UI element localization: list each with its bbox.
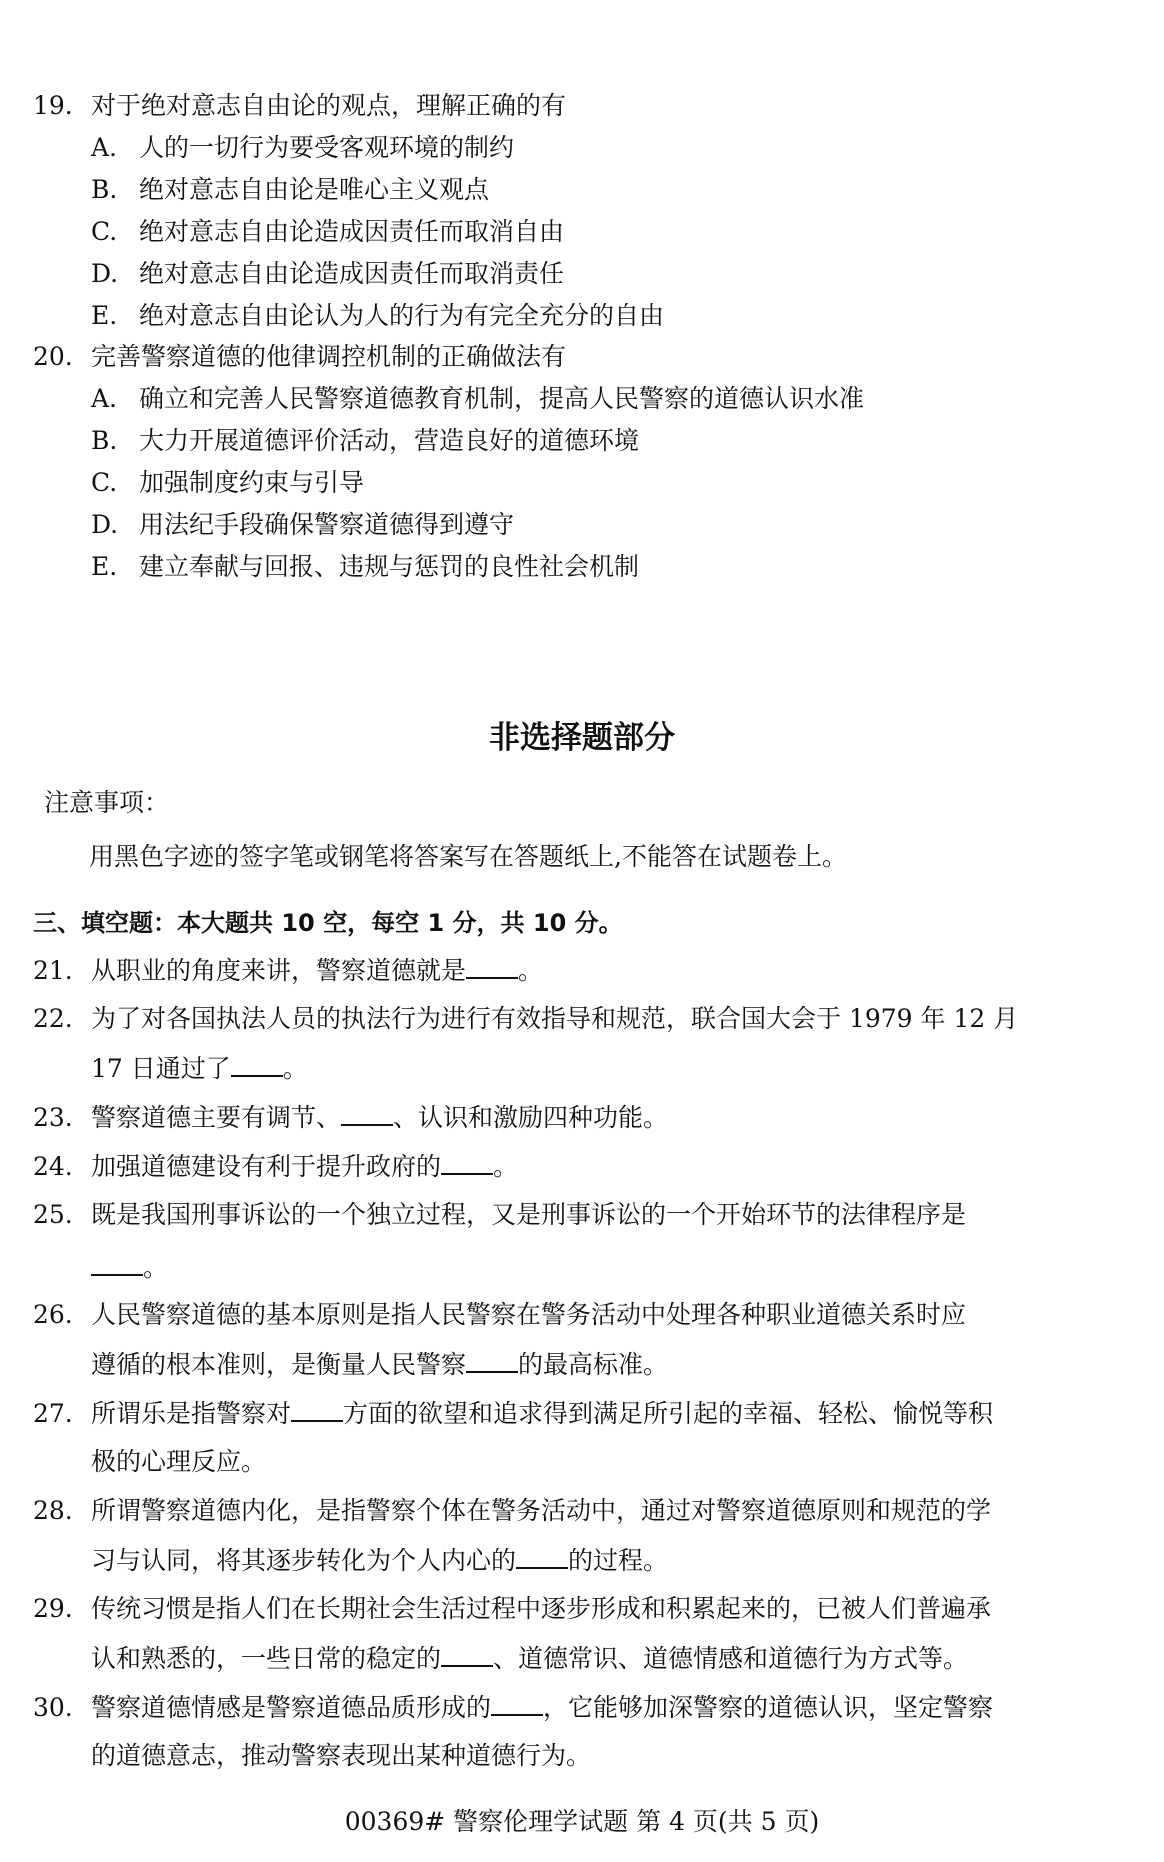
question-22: 22.为了对各国执法人员的执法行为进行有效指导和规范，联合国大会于 1979 年…: [33, 1004, 1018, 1034]
q19-option-d: D.绝对意志自由论造成因责任而取消责任: [91, 259, 564, 289]
question-24: 24.加强道德建设有利于提升政府的。: [33, 1151, 518, 1182]
question-27-line2: 极的心理反应。: [91, 1447, 266, 1477]
q19-option-c: C.绝对意志自由论造成因责任而取消自由: [91, 217, 564, 247]
q19-option-a: A.人的一切行为要受客观环境的制约: [91, 133, 514, 163]
answer-blank: [231, 1053, 283, 1077]
section-title: 非选择题部分: [0, 712, 1164, 757]
question-21: 21.从职业的角度来讲，警察道德就是。: [33, 955, 543, 986]
question-23: 23.警察道德主要有调节、、认识和激励四种功能。: [33, 1102, 668, 1133]
q20-option-e: E.建立奉献与回报、违规与惩罚的良性社会机制: [91, 552, 639, 582]
answer-blank: [516, 1545, 568, 1569]
answer-blank: [466, 1349, 518, 1373]
question-22-line2: 17 日通过了。: [91, 1053, 308, 1084]
notice-heading: 注意事项：: [44, 788, 169, 818]
question-30: 30.警察道德情感是警察道德品质形成的，它能够加深警察的道德认识，坚定警察: [33, 1692, 993, 1723]
question-26: 26.人民警察道德的基本原则是指人民警察在警务活动中处理各种职业道德关系时应: [33, 1300, 966, 1330]
answer-blank: [441, 1151, 493, 1175]
question-25-line2: 。: [91, 1252, 168, 1283]
q20-option-a: A.确立和完善人民警察道德教育机制，提高人民警察的道德认识水准: [91, 384, 864, 414]
question-26-line2: 遵循的根本准则，是衡量人民警察的最高标准。: [91, 1349, 668, 1380]
question-30-line2: 的道德意志，推动警察表现出某种道德行为。: [91, 1741, 591, 1771]
q20-option-d: D.用法纪手段确保警察道德得到遵守: [91, 510, 514, 540]
question-27: 27.所谓乐是指警察对方面的欲望和追求得到满足所引起的幸福、轻松、愉悦等积: [33, 1398, 993, 1429]
answer-blank: [491, 1692, 543, 1716]
question-29-line2: 认和熟悉的，一些日常的稳定的、道德常识、道德情感和道德行为方式等。: [91, 1643, 968, 1674]
q19-option-b: B.绝对意志自由论是唯心主义观点: [91, 175, 489, 205]
q19-option-e: E.绝对意志自由论认为人的行为有完全充分的自由: [91, 301, 664, 331]
question-20: 20.完善警察道德的他律调控机制的正确做法有: [33, 342, 566, 372]
notice-text: 用黑色字迹的签字笔或钢笔将答案写在答题纸上,不能答在试题卷上。: [89, 842, 847, 872]
question-19: 19.对于绝对意志自由论的观点，理解正确的有: [33, 91, 566, 121]
question-25: 25.既是我国刑事诉讼的一个独立过程，又是刑事诉讼的一个开始环节的法律程序是: [33, 1200, 966, 1230]
answer-blank: [441, 1643, 493, 1667]
q20-option-b: B.大力开展道德评价活动，营造良好的道德环境: [91, 426, 639, 456]
question-28: 28.所谓警察道德内化，是指警察个体在警务活动中，通过对警察道德原则和规范的学: [33, 1496, 991, 1526]
question-28-line2: 习与认同，将其逐步转化为个人内心的的过程。: [91, 1545, 668, 1576]
answer-blank: [291, 1398, 343, 1422]
answer-blank: [341, 1102, 393, 1126]
part-heading: 三、填空题：本大题共 10 空，每空 1 分，共 10 分。: [33, 908, 623, 938]
answer-blank: [466, 955, 518, 979]
question-29: 29.传统习惯是指人们在长期社会生活过程中逐步形成和积累起来的，已被人们普遍承: [33, 1594, 991, 1624]
page-footer: 00369# 警察伦理学试题 第 4 页(共 5 页): [0, 1802, 1164, 1838]
answer-blank: [91, 1252, 143, 1276]
q20-option-c: C.加强制度约束与引导: [91, 468, 364, 498]
